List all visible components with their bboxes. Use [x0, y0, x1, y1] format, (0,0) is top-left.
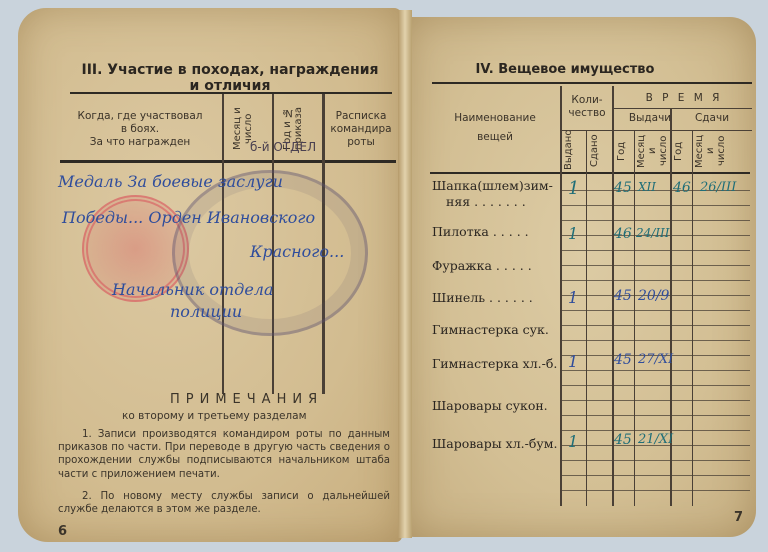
stamp-text: б-й ОТДЕЛ	[250, 140, 316, 154]
column-header-returned: Сдано	[589, 132, 611, 170]
row-rule	[562, 460, 750, 461]
issue-date: XII	[638, 180, 656, 194]
handwritten-entry: Красного...	[250, 242, 344, 261]
column-header-item-name: Наименование вещей	[440, 112, 550, 144]
item-name: Фуражка . . . . .	[432, 258, 532, 273]
header-bottom-rule	[430, 172, 750, 174]
issue-year: 45	[614, 180, 632, 196]
header-line: Расписка	[326, 110, 396, 123]
issue-date: 20/9	[638, 288, 669, 304]
section-iv-title: IV. Вещевое имущество	[440, 62, 690, 78]
column-header-return: Сдачи	[672, 112, 752, 125]
handwritten-entry: Начальник отдела	[112, 280, 274, 299]
section-iii-title-line1: III. Участие в походах, награждения	[70, 62, 390, 78]
row-rule	[562, 250, 750, 251]
column-header-when-where: Когда, где участвовал в боях. За что наг…	[60, 110, 220, 149]
row-rule	[562, 430, 750, 431]
header-top-rule	[432, 82, 752, 84]
issue-year: 45	[614, 288, 632, 304]
handwritten-entry: полиции	[170, 302, 242, 321]
row-rule	[562, 220, 750, 221]
column-header-receipt: Расписка командира роты	[326, 110, 396, 149]
issued-qty: 1	[568, 224, 578, 243]
notes-subtitle: ко второму и третьему разделам	[122, 410, 307, 422]
notes-item-1: 1. Записи производятся командиром роты п…	[58, 428, 390, 481]
row-rule	[562, 370, 750, 371]
header-line: чество	[562, 107, 612, 120]
column-header-issue-year: Год	[616, 132, 634, 170]
booklet-spine	[398, 10, 412, 538]
row-rule	[562, 205, 750, 206]
issue-year: 45	[614, 352, 632, 368]
item-name: Шаровары сукон.	[432, 398, 548, 413]
header-line: Наименование	[440, 112, 550, 125]
row-rule	[562, 400, 750, 401]
notes-item-2: 2. По новому месту службы записи о дальн…	[58, 490, 390, 516]
row-rule	[562, 415, 750, 416]
row-rule	[562, 385, 750, 386]
item-name: Гимнастерка сук.	[432, 322, 549, 337]
item-name: Пилотка . . . . .	[432, 224, 529, 239]
item-name: Шинель . . . . . .	[432, 290, 533, 305]
column-header-return-year: Год	[673, 132, 691, 170]
notes-title: ПРИМЕЧАНИЯ	[170, 392, 323, 407]
column-header-issue-monthday: Месяц и число	[636, 132, 666, 170]
row-rule	[562, 325, 750, 326]
item-name: Шапка(шлем)зим-	[432, 178, 553, 193]
issued-qty: 1	[568, 352, 578, 371]
header-line: За что награжден	[60, 136, 220, 149]
column-header-return-monthday: Месяц и число	[694, 132, 724, 170]
header-line: Коли-	[562, 94, 612, 107]
row-rule	[562, 475, 750, 476]
handwritten-entry: Победы... Орден Ивановского	[62, 208, 315, 227]
row-rule	[562, 265, 750, 266]
grid-line	[634, 130, 635, 506]
issue-date: 24/III	[636, 226, 670, 240]
issued-qty: 1	[568, 178, 579, 199]
column-header-issued: Выдано	[563, 132, 585, 170]
issued-qty: 1	[568, 288, 578, 307]
row-rule	[562, 280, 750, 281]
item-name: Гимнастерка хл.-б.	[432, 356, 557, 371]
header-line: в боях.	[60, 123, 220, 136]
grid-line	[586, 130, 587, 506]
issue-date: 27/XI	[638, 352, 673, 367]
item-name-cont: няя . . . . . . .	[446, 194, 526, 209]
header-line: роты	[326, 136, 396, 149]
header-divider	[612, 108, 752, 109]
header-line: командира	[326, 123, 396, 136]
section-iii-title: III. Участие в походах, награждения и от…	[70, 62, 390, 94]
row-rule	[562, 340, 750, 341]
return-date: 26/III	[700, 180, 736, 195]
handwritten-entry: Медаль За боевые заслуги	[58, 172, 283, 191]
page-number-left: 6	[58, 524, 67, 539]
return-year: 46	[673, 180, 691, 196]
column-header-time: В Р Е М Я	[614, 92, 754, 105]
page-number-right: 7	[734, 510, 743, 525]
issue-year: 45	[614, 432, 632, 448]
item-name: Шаровары хл.-бум.	[432, 436, 557, 451]
header-divider	[560, 130, 752, 131]
row-rule	[562, 310, 750, 311]
header-line: вещей	[440, 131, 550, 144]
issue-date: 21/XI	[638, 432, 673, 447]
header-line: Когда, где участвовал	[60, 110, 220, 123]
grid-line	[692, 130, 693, 506]
issued-qty: 1	[568, 432, 578, 451]
grid-line	[560, 86, 562, 506]
column-header-quantity: Коли- чество	[562, 94, 612, 120]
header-top-rule	[70, 92, 392, 94]
issue-year: 46	[614, 226, 632, 242]
row-rule	[562, 490, 750, 491]
header-bottom-rule	[60, 160, 396, 163]
